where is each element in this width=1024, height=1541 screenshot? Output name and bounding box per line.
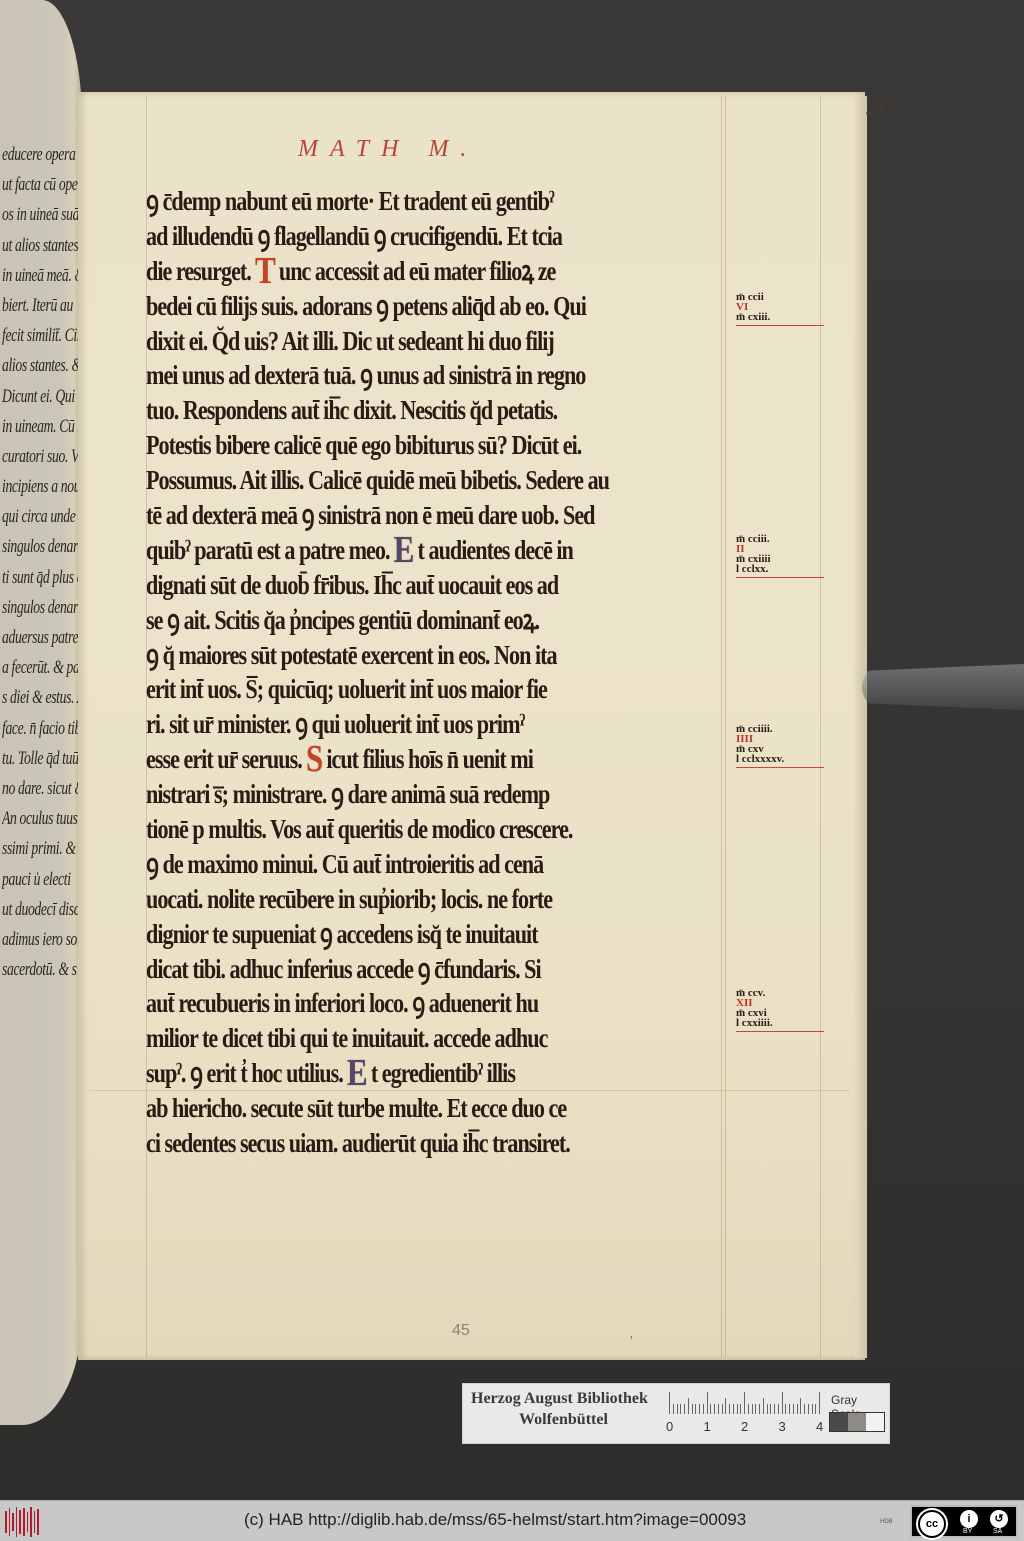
facing-text-line: tu. Tolle q̄d tuū est <box>2 744 81 774</box>
ruler-tick <box>804 1404 805 1414</box>
gray-scale-swatch <box>829 1412 885 1432</box>
text-line: erit int̄ uos. S̅; quicūq; uoluerit int̄… <box>146 672 745 707</box>
facing-text-line: aduersus patrem <box>2 623 81 653</box>
canon-note-row: l cclxxxxv. <box>736 754 824 764</box>
eusebian-canon-note: m̄ cciiii.IIIIm̄ cxvl cclxxxxv. <box>736 724 824 768</box>
text-segment: Potestis bibere calicē quē ego bibiturus… <box>146 430 581 460</box>
logo-bar <box>34 1511 36 1533</box>
ruler-tick <box>778 1404 779 1414</box>
attribution-icon: i <box>960 1510 978 1528</box>
text-segment: ꝯ c̄demp nabunt eū morte· Et tradent eū … <box>146 186 553 216</box>
facing-text-line: incipiens a nouiss <box>2 472 81 502</box>
gray-patch <box>848 1413 866 1431</box>
facing-text-line: Dicunt ei. Qui <box>2 382 81 412</box>
facing-text-line: ti sunt q̄d plus essent <box>2 563 81 593</box>
ruler-tick <box>808 1404 809 1414</box>
decorated-initial: E <box>344 1058 369 1088</box>
ruler-tick <box>797 1404 798 1414</box>
ruler-tick <box>748 1404 749 1414</box>
text-segment: dignati sūt de duob̄ fr̄ibus. Ih̅c aut̄ … <box>146 570 558 600</box>
text-line: supˀ. ꝯ erit t̓ hoc utilius.Et egredient… <box>146 1056 745 1091</box>
logo-bar <box>16 1507 18 1537</box>
text-segment: milior te dicet tibi qui te inuitauit. a… <box>146 1023 547 1053</box>
text-line: uocati. nolite recūbere in sup̓iorib; lo… <box>146 882 745 917</box>
ruler-tick <box>755 1404 756 1414</box>
logo-bar <box>9 1508 11 1536</box>
hab-logo-icon[interactable] <box>5 1507 39 1537</box>
facing-text-line: adimus iero sol <box>2 925 81 955</box>
ruler-tick <box>718 1404 719 1414</box>
ruler-tick <box>785 1404 786 1414</box>
footer-small-text: HDB <box>880 1519 893 1525</box>
text-line: bedei cū filijs suis. adorans ꝯ petens a… <box>146 289 745 324</box>
ruler-numbers: 01234 <box>663 1419 838 1435</box>
eusebian-canon-note: m̄ ccv.XIIm̄ cxvil cxxiiii. <box>736 988 824 1032</box>
text-line: ci sedentes secus uiam. audierūt quia ih… <box>146 1126 745 1161</box>
canon-note-row: m̄ cxiii. <box>736 312 824 322</box>
facing-text-line: sacerdotū. & s <box>2 955 81 985</box>
text-segment: die resurget. <box>146 256 251 286</box>
text-segment: aut̄ recubueris in inferiori loco. ꝯ adu… <box>146 988 538 1018</box>
text-line: esse erit ur̄ seruus.Sicut filius hoīs n… <box>146 742 745 777</box>
red-underline <box>736 1031 824 1032</box>
sa-label: SA <box>993 1528 1002 1535</box>
ruler-tick <box>692 1404 693 1414</box>
logo-bar <box>23 1508 25 1536</box>
logo-bar <box>37 1509 39 1535</box>
text-segment: tuo. Respondens aut̄ ih̅c dixit. Nesciti… <box>146 395 557 425</box>
facing-text-line: qui circa unde <box>2 502 81 532</box>
text-segment: uocati. nolite recūbere in sup̓iorib; lo… <box>146 884 552 914</box>
ruler-tick <box>680 1404 681 1414</box>
text-segment: ad illudendū ꝯ flagellandū ꝯ crucifigend… <box>146 221 562 251</box>
text-line: mei unus ad dexterā tuā. ꝯ unus ad sinis… <box>146 358 745 393</box>
text-segment: tē ad dexterā meā ꝯ sinistrā non ē meū d… <box>146 500 594 530</box>
ruler-tick <box>752 1404 753 1414</box>
facing-text-line: ut duodecī disc <box>2 895 81 925</box>
text-line: quibˀ paratū est a patre meo.Et audiente… <box>146 533 745 568</box>
ruler-tick <box>733 1404 734 1414</box>
text-line: ꝯ c̄demp nabunt eū morte· Et tradent eū … <box>146 184 745 219</box>
ruler-tick <box>729 1404 730 1414</box>
text-segment: ꝯ de maximo minui. Cū aut̄ introieritis … <box>146 849 543 879</box>
text-segment: t egredientibˀ illis <box>371 1058 515 1088</box>
eusebian-canon-note: m̄ cciii.IIm̄ cxiiiil cclxx. <box>736 534 824 578</box>
running-title: MATH M. <box>298 136 478 163</box>
facing-text-line: a fecerūt. & pares <box>2 653 81 683</box>
text-segment: tionē p multis. Vos aut̄ queritis de mod… <box>146 814 572 844</box>
red-underline <box>736 767 824 768</box>
text-segment: supˀ. ꝯ erit t̓ hoc utilius. <box>146 1058 343 1088</box>
facing-text-line: An oculus tuus n <box>2 804 81 834</box>
ruler-tick <box>714 1404 715 1414</box>
ruler-tick <box>677 1404 678 1414</box>
text-segment: ꝯ q̆ maiores sūt potestatē exercent in e… <box>146 640 557 670</box>
facing-text-line: curatori suo. Vo <box>2 442 81 472</box>
canon-note-row: l cclxx. <box>736 564 824 574</box>
scale-card: Herzog August Bibliothek Wolfenbüttel 01… <box>462 1383 890 1444</box>
text-segment: dixit ei. Q̆d uis? Ait illi. Dic ut sede… <box>146 326 554 356</box>
text-segment: quibˀ paratū est a patre meo. <box>146 535 390 565</box>
ruler-number: 1 <box>704 1419 711 1434</box>
gray-patch <box>866 1413 884 1431</box>
text-segment: ab hiericho. secute sūt turbe multe. Et … <box>146 1093 566 1123</box>
ruler-number: 0 <box>666 1419 673 1434</box>
main-text-column: ꝯ c̄demp nabunt eū morte· Et tradent eū … <box>146 184 746 1161</box>
canon-note-row: l cxxiiii. <box>736 1018 824 1028</box>
facing-text-line: ut alios stantes in <box>2 231 81 261</box>
text-line: milior te dicet tibi qui te inuitauit. a… <box>146 1021 745 1056</box>
eusebian-canon-note: m̄ cciiVIm̄ cxiii. <box>736 292 824 326</box>
institution-name: Herzog August Bibliothek <box>471 1390 648 1408</box>
facing-text-line: fecit similit̄. Cir <box>2 321 81 351</box>
logo-bar <box>5 1511 7 1533</box>
text-segment: unc accessit ad eū mater filioꝝ ze <box>279 256 556 286</box>
text-segment: bedei cū filijs suis. adorans ꝯ petens a… <box>146 291 586 321</box>
ruler-tick <box>793 1404 794 1414</box>
ruler-tick <box>744 1392 745 1414</box>
text-line: die resurget.Tunc accessit ad eū mater f… <box>146 254 745 289</box>
ruler-tick <box>673 1404 674 1414</box>
ruler-tick <box>782 1392 783 1414</box>
text-segment: icut filius hoīs n̄ uenit mi <box>326 744 533 774</box>
decorated-initial: T <box>252 256 277 286</box>
text-line: ri. sit ur̄ minister. ꝯ qui uoluerit int… <box>146 707 745 742</box>
viewer-footer: (c) HAB http://diglib.hab.de/mss/65-helm… <box>0 1500 1024 1541</box>
text-line: ab hiericho. secute sūt turbe multe. Et … <box>146 1091 745 1126</box>
ruler-tick <box>695 1404 696 1414</box>
text-segment: ci sedentes secus uiam. audierūt quia ih… <box>146 1128 570 1158</box>
logo-bar <box>12 1513 14 1531</box>
text-segment: se ꝯ ait. Scitis q̆a p̓ncipes gentiū dom… <box>146 605 539 635</box>
ruler-tick <box>789 1404 790 1414</box>
facing-text-line: educere opera <box>2 140 81 170</box>
text-line: ꝯ de maximo minui. Cū aut̄ introieritis … <box>146 847 745 882</box>
text-segment: mei unus ad dexterā tuā. ꝯ unus ad sinis… <box>146 360 585 390</box>
decorated-initial: E <box>391 535 416 565</box>
facing-text-line: pauci u̍ electi <box>2 865 81 895</box>
text-segment: dignior te supueniat ꝯ accedens isq̆ te … <box>146 919 538 949</box>
facing-text-line: ut facta cū opera <box>2 170 81 200</box>
page-marker-strip <box>862 664 1024 710</box>
facing-text-line: os in uineā suā <box>2 200 81 230</box>
text-segment: nistrari s̅; ministrare. ꝯ dare animā su… <box>146 779 549 809</box>
ruler-tick <box>763 1398 764 1414</box>
institution-location: Wolfenbüttel <box>519 1411 608 1429</box>
facing-text-line: s diei & estus. At <box>2 683 81 713</box>
canon-note-row: m̄ ccii <box>736 292 824 302</box>
text-line: tionē p multis. Vos aut̄ queritis de mod… <box>146 812 745 847</box>
facing-text-line: no dare. sicut & <box>2 774 81 804</box>
ruler-tick <box>707 1392 708 1414</box>
logo-bar <box>27 1512 29 1532</box>
facing-page-text: educere operaut facta cū operaos in uine… <box>2 140 80 985</box>
text-line: dixit ei. Q̆d uis? Ait illi. Dic ut sede… <box>146 324 745 359</box>
facing-text-line: biert. Iterū au <box>2 291 81 321</box>
ruler-number: 4 <box>816 1419 823 1434</box>
facing-text-line: ssimi primi. & p <box>2 834 81 864</box>
ruler-tick <box>800 1398 801 1414</box>
ruler-tick <box>703 1404 704 1414</box>
logo-bar <box>30 1507 32 1537</box>
facing-text-line: face. n̄ facio tibi iniu <box>2 714 81 744</box>
facing-text-line: singulos denarios <box>2 532 81 562</box>
cm-ruler <box>669 1392 821 1414</box>
ruler-tick <box>710 1404 711 1414</box>
text-segment: Possumus. Ait illis. Calicē quidē meū bi… <box>146 465 609 495</box>
facing-text-line: in uineam. Cū se <box>2 412 81 442</box>
text-line: ad illudendū ꝯ flagellandū ꝯ crucifigend… <box>146 219 745 254</box>
copyright-link[interactable]: (c) HAB http://diglib.hab.de/mss/65-helm… <box>244 1510 746 1530</box>
ruler-tick <box>815 1404 816 1414</box>
red-underline <box>736 325 824 326</box>
ruler-tick <box>770 1404 771 1414</box>
ruler-tick <box>699 1404 700 1414</box>
text-line: tē ad dexterā meā ꝯ sinistrā non ē meū d… <box>146 498 745 533</box>
ruler-number: 2 <box>741 1419 748 1434</box>
text-line: dignati sūt de duob̄ fr̄ibus. Ih̅c aut̄ … <box>146 568 745 603</box>
cc-license-badge[interactable]: cc i BY ↺ SA <box>910 1505 1018 1538</box>
catchword-mark: ʾ <box>629 1335 634 1351</box>
ruler-tick <box>774 1404 775 1414</box>
ruler-number: 3 <box>779 1419 786 1434</box>
text-line: se ꝯ ait. Scitis q̆a p̓ncipes gentiū dom… <box>146 603 745 638</box>
ruler-tick <box>688 1398 689 1414</box>
pencil-foliation-note: 45 <box>452 1322 470 1340</box>
facing-text-line: alios stantes. & <box>2 351 81 381</box>
text-segment: t audientes decē in <box>418 535 573 565</box>
facing-text-line: in uineā meā. & <box>2 261 81 291</box>
by-label: BY <box>963 1528 972 1535</box>
cc-icon: cc <box>918 1510 946 1538</box>
share-alike-icon: ↺ <box>990 1510 1008 1528</box>
text-segment: erit int̄ uos. S̅; quicūq; uoluerit int̄… <box>146 674 547 704</box>
ruler-tick <box>812 1404 813 1414</box>
ruler-tick <box>684 1404 685 1414</box>
canon-note-row: m̄ cciii. <box>736 534 824 544</box>
text-line: nistrari s̅; ministrare. ꝯ dare animā su… <box>146 777 745 812</box>
text-line: ꝯ q̆ maiores sūt potestatē exercent in e… <box>146 638 745 673</box>
text-line: dicat tibi. adhuc inferius accede ꝯ c̄fu… <box>146 952 745 987</box>
ruler-tick <box>722 1404 723 1414</box>
text-segment: dicat tibi. adhuc inferius accede ꝯ c̄fu… <box>146 954 541 984</box>
facing-text-line: singulos denarios <box>2 593 81 623</box>
text-line: aut̄ recubueris in inferiori loco. ꝯ adu… <box>146 986 745 1021</box>
ruler-tick <box>759 1404 760 1414</box>
ruler-tick <box>725 1398 726 1414</box>
facing-page: educere operaut facta cū operaos in uine… <box>0 0 82 1425</box>
ruler-tick <box>737 1404 738 1414</box>
gray-patch <box>830 1413 848 1431</box>
red-underline <box>736 577 824 578</box>
text-line: Potestis bibere calicē quē ego bibiturus… <box>146 428 745 463</box>
folio-number: 26 <box>866 98 884 119</box>
text-line: Possumus. Ait illis. Calicē quidē meū bi… <box>146 463 745 498</box>
ruler-tick <box>767 1404 768 1414</box>
text-line: dignior te supueniat ꝯ accedens isq̆ te … <box>146 917 745 952</box>
text-line: tuo. Respondens aut̄ ih̅c dixit. Nesciti… <box>146 393 745 428</box>
text-segment: ri. sit ur̄ minister. ꝯ qui uoluerit int… <box>146 709 524 739</box>
text-segment: esse erit ur̄ seruus. <box>146 744 302 774</box>
logo-bar <box>19 1510 21 1534</box>
ruler-tick <box>819 1392 820 1414</box>
decorated-initial: S <box>303 744 324 774</box>
ruler-tick <box>669 1392 670 1414</box>
ruler-tick <box>740 1404 741 1414</box>
page-fore-edge <box>855 96 867 1358</box>
